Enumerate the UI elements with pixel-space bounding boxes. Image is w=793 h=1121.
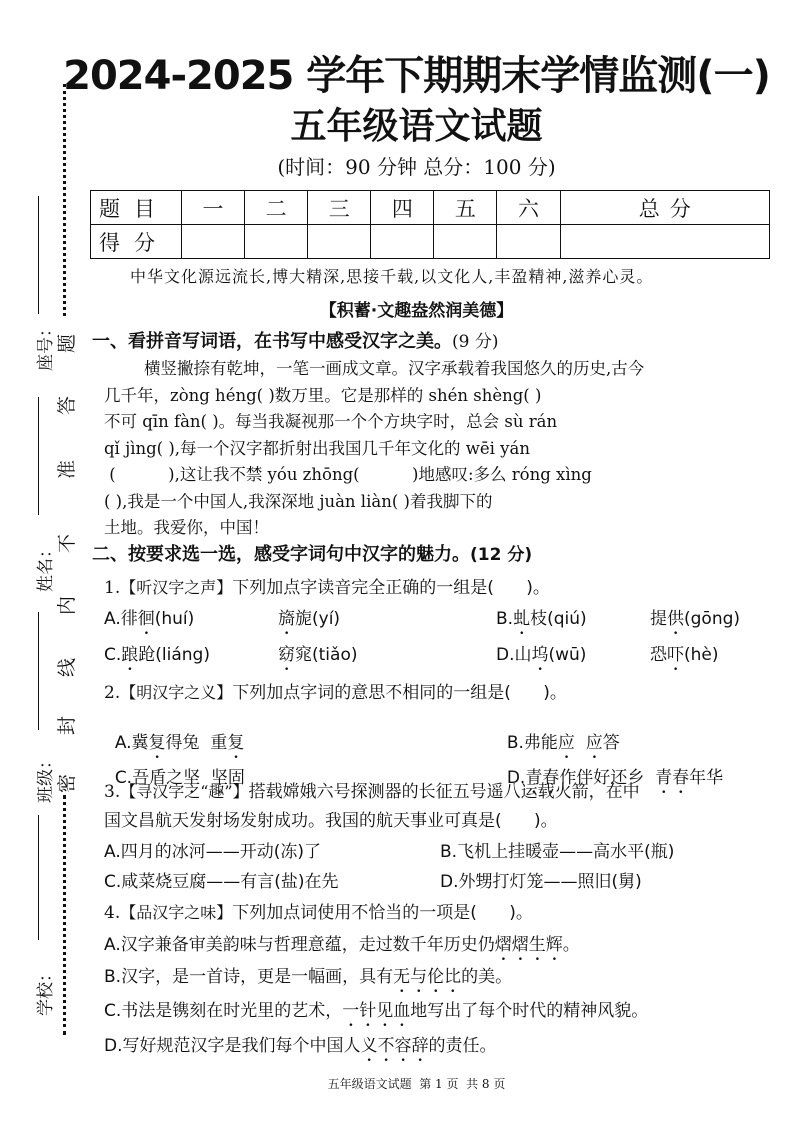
q1-tag: 【听汉字之声】 — [120, 578, 232, 597]
q3-option-c[interactable]: C.咸菜烧豆腐——有言(盐)在先 — [104, 867, 339, 892]
dotted-char: 旖 — [278, 609, 295, 629]
score-cell[interactable] — [497, 225, 560, 259]
q1-option-a[interactable]: A.徘徊(huí) — [104, 604, 194, 639]
passage-line: ( ),我是一个中国人,我深深地 juàn liàn( )着我脚下的 — [104, 489, 749, 516]
option-pinyin: 跄(liáng) — [138, 645, 210, 665]
q4-stem: 4.【品汉字之味】下列加点词使用不恰当的一项是( )。 — [104, 898, 533, 923]
q2-number: 2. — [104, 683, 120, 703]
option-text: 年华 — [689, 768, 723, 788]
q1-option-c[interactable]: C.踉跄(liáng) — [104, 640, 210, 675]
q1-option-d[interactable]: D.山坞(wū) — [496, 640, 586, 675]
q1-option-b-word2: 提供(gōng) — [650, 604, 740, 639]
col-header: 六 — [497, 191, 560, 225]
option-pinyin: (hè) — [684, 645, 719, 665]
exam-meta: (时间：90 分钟 总分：100 分) — [0, 154, 793, 180]
col-header-total: 总分 — [560, 191, 769, 225]
option-label: B. — [496, 609, 513, 629]
q4-option-a[interactable]: A.汉字兼备审美韵味与哲理意蕴，走过数千年历史仍熠熠生辉。 — [104, 930, 580, 965]
option-pinyin: (gōng) — [684, 609, 740, 629]
part2-heading-text: 二、按要求选一选，感受字词句中汉字的魅力。 — [92, 544, 470, 565]
q2-stem: 2.【明汉字之义】下列加点字词的意思不相同的一组是( )。 — [104, 678, 567, 703]
option-text: 的美。 — [461, 967, 512, 987]
option-pinyin: 窕(tiǎo) — [295, 645, 357, 665]
passage-line: 几千年，zòng héng( )数万里。它是那样的 shén shèng( ) — [104, 383, 749, 410]
passage-line: qǐ jìng( ),每一个汉字都折射出我国几千年文化的 wēi yán — [104, 436, 749, 463]
q3-question-line1: 搭载嫦娥六号探测器的长征五号遥八运载火箭，在中 — [249, 782, 640, 802]
dotted-char: 窈 — [278, 645, 295, 665]
score-table-score-row: 得分 — [91, 225, 770, 259]
school-label: 学校： — [31, 965, 56, 1016]
class-underline — [38, 612, 39, 730]
score-cell[interactable] — [308, 225, 371, 259]
score-cell[interactable] — [434, 225, 497, 259]
part2-points: (12 分) — [470, 545, 532, 565]
q3-number: 3. — [104, 782, 120, 802]
dotted-char: 青春 — [655, 768, 689, 788]
q3-stem-cont: 国文昌航天发射场发射成功。我国的航天事业可真是( )。 — [104, 806, 558, 831]
dotted-char: 徊 — [138, 609, 155, 629]
part2-heading: 二、按要求选一选，感受字词句中汉字的魅力。(12 分) — [92, 540, 532, 566]
q2-tag: 【明汉字之义】 — [120, 683, 232, 702]
score-table: 题目 一 二 三 四 五 六 总分 得分 — [90, 190, 770, 259]
dotted-phrase: 一针见血 — [342, 1001, 410, 1021]
seal-char: 不 — [52, 534, 79, 553]
seal-char: 准 — [52, 460, 79, 479]
option-label: D. — [496, 645, 515, 665]
part1-points: (9 分) — [452, 332, 498, 352]
seal-char: 线 — [52, 658, 79, 677]
dotted-char: 踉 — [121, 645, 138, 665]
col-header: 五 — [434, 191, 497, 225]
passage-line: 不可 qīn fàn( )。每当我凝视那一个个方块字时，总会 sù rán — [104, 409, 749, 436]
q4-option-b[interactable]: B.汉字，是一首诗，更是一幅画，具有无与伦比的美。 — [104, 962, 512, 997]
option-pinyin: (wū) — [549, 645, 587, 665]
q3-option-a[interactable]: A.四月的冰河——开动(冻)了 — [104, 837, 321, 862]
q1-option-d-word2: 恐吓(hè) — [650, 640, 719, 675]
q4-tag: 【品汉字之味】 — [120, 903, 232, 922]
dotted-char: 虬 — [513, 609, 530, 629]
option-text: 。 — [563, 935, 580, 955]
part1-heading: 一、看拼音写词语，在书写中感受汉字之美。(9 分) — [92, 327, 498, 353]
option-pinyin: 旎(yí) — [295, 609, 340, 629]
option-text: 地写出了每个时代的精神风貌。 — [410, 1001, 648, 1021]
score-cell[interactable] — [371, 225, 434, 259]
option-text: 恐 — [650, 645, 667, 665]
option-label: C. — [104, 645, 121, 665]
exam-subtitle: 五年级语文试题 — [0, 104, 793, 150]
school-underline — [38, 815, 39, 940]
q2-question: 下列加点字词的意思不相同的一组是( )。 — [232, 683, 567, 703]
exam-title: 2024-2025 学年下期期末学情监测(一) — [0, 52, 793, 100]
option-text: 的责任。 — [429, 1036, 497, 1056]
q4-number: 4. — [104, 903, 120, 923]
option-text: 提 — [650, 609, 667, 629]
col-header: 二 — [245, 191, 308, 225]
row-label-score: 得分 — [91, 225, 182, 259]
option-text: 山 — [515, 645, 532, 665]
q1-option-b[interactable]: B.虬枝(qiú) — [496, 604, 587, 639]
page-footer: 五年级语文试题 第 1 页 共 8 页 — [0, 1075, 793, 1092]
q4-question: 下列加点词使用不恰当的一项是( )。 — [232, 903, 533, 923]
part1-passage: 横竖撇捺有乾坤，一笔一画成文章。汉字承载着我国悠久的历史,古今 几千年，zòng… — [104, 356, 749, 542]
q1-stem: 1.【听汉字之声】下列加点字读音完全正确的一组是( )。 — [104, 573, 550, 598]
col-header: 三 — [308, 191, 371, 225]
dotted-phrase: 义不容辞 — [361, 1036, 429, 1056]
q1-number: 1. — [104, 578, 120, 598]
row-label-question: 题目 — [91, 191, 182, 225]
dotted-char: 吓 — [667, 645, 684, 665]
seal-char: 题 — [52, 334, 79, 353]
seal-char: 封 — [52, 716, 79, 735]
part1-heading-text: 一、看拼音写词语，在书写中感受汉字之美。 — [92, 331, 452, 352]
section-banner: 【积蓄·文趣盎然润美德】 — [0, 296, 793, 321]
name-underline — [38, 397, 39, 515]
q1-option-c-word2: 窈窕(tiǎo) — [278, 640, 357, 675]
seal-char: 密 — [52, 774, 79, 793]
option-text: 徘 — [121, 609, 138, 629]
col-header: 一 — [182, 191, 245, 225]
option-pinyin: (huí) — [155, 609, 195, 629]
option-text: D.写好规范汉字是我们每个中国人 — [104, 1036, 361, 1056]
seal-dotted-line-bottom — [63, 795, 66, 1035]
dotted-phrase: 熠熠生辉 — [495, 935, 563, 955]
q1-option-a-word2: 旖旎(yí) — [278, 604, 340, 639]
option-pinyin: 枝(qiú) — [530, 609, 587, 629]
dotted-char: 坞 — [532, 645, 549, 665]
passage-line: 土地。我爱你，中国！ — [104, 515, 749, 542]
option-text: A.汉字兼备审美韵味与哲理意蕴，走过数千年历史仍 — [104, 935, 495, 955]
q3-option-b[interactable]: B.飞机上挂暖壶——高水平(瓶) — [440, 837, 674, 862]
seal-char: 内 — [52, 596, 79, 615]
q3-question-line2: 国文昌航天发射场发射成功。我国的航天事业可真是( )。 — [104, 811, 558, 831]
motto: 中华文化源远流长,博大精深,思接千载,以文化人,丰盈精神,滋养心灵。 — [130, 264, 653, 287]
q4-option-d[interactable]: D.写好规范汉字是我们每个中国人义不容辞的责任。 — [104, 1031, 497, 1066]
option-label: A. — [104, 609, 121, 629]
q3-tag: 【寻汉字之“趣”】 — [120, 782, 248, 801]
score-cell[interactable] — [182, 225, 245, 259]
col-header: 四 — [371, 191, 434, 225]
score-table-header-row: 题目 一 二 三 四 五 六 总分 — [91, 191, 770, 225]
score-cell[interactable] — [245, 225, 308, 259]
q4-option-c[interactable]: C.书法是镌刻在时光里的艺术，一针见血地写出了每个时代的精神风貌。 — [104, 996, 648, 1031]
dotted-char: 供 — [667, 609, 684, 629]
option-text: C.书法是镌刻在时光里的艺术， — [104, 1001, 342, 1021]
q3-stem: 3.【寻汉字之“趣”】搭载嫦娥六号探测器的长征五号遥八运载火箭，在中 — [104, 777, 640, 802]
seal-char: 答 — [52, 396, 79, 415]
q1-question: 下列加点字读音完全正确的一组是( )。 — [232, 578, 550, 598]
passage-line: ( ),这让我不禁 yóu zhōng( )地感叹:多么 róng xìng — [104, 462, 749, 489]
option-text: B.汉字，是一首诗，更是一幅画，具有 — [104, 967, 393, 987]
dotted-phrase: 无与伦比 — [393, 967, 461, 987]
passage-line: 横竖撇捺有乾坤，一笔一画成文章。汉字承载着我国悠久的历史,古今 — [104, 356, 749, 383]
q3-option-d[interactable]: D.外甥打灯笼——照旧(舅) — [440, 867, 642, 892]
score-cell-total[interactable] — [560, 225, 769, 259]
